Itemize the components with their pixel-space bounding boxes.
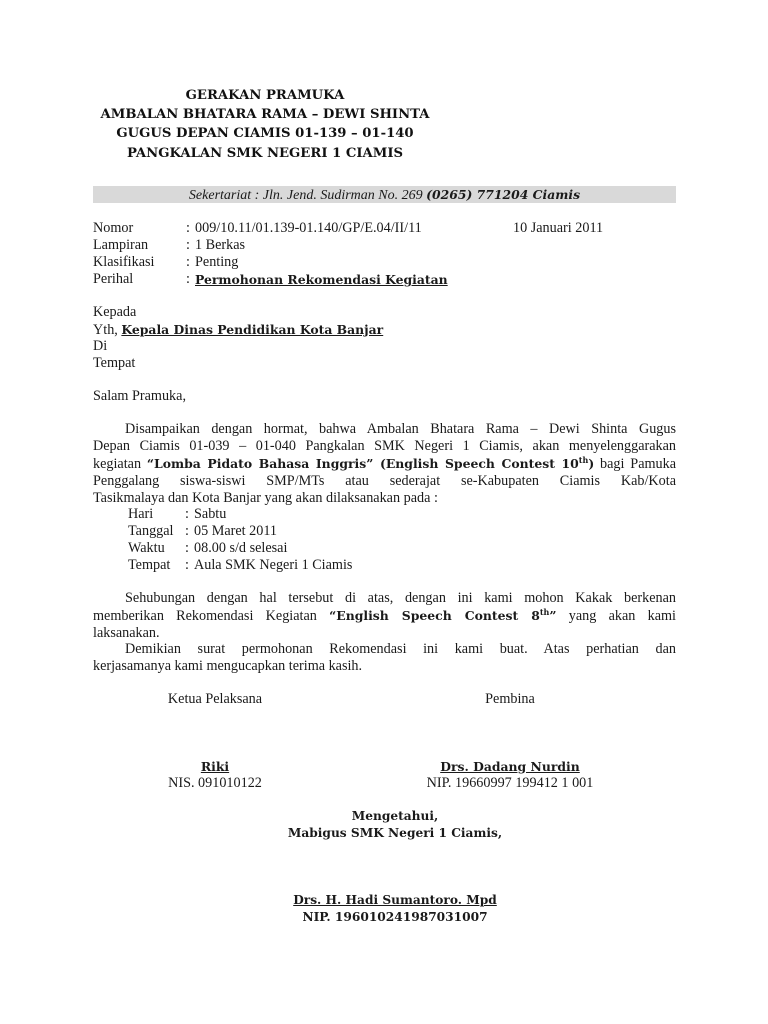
signature-id: NIP. 19660997 199412 1 001: [400, 775, 620, 792]
detail-label: Tempat: [128, 557, 170, 574]
approval-heading: Mengetahui, Mabigus SMK Negeri 1 Ciamis,: [250, 808, 540, 842]
p2-line-3: laksanakan.: [93, 625, 676, 642]
letterhead-line-2: AMBALAN BHATARA RAMA – DEWI SHINTA: [95, 105, 435, 124]
contest-title-text: “English Speech Contest 8: [329, 608, 540, 623]
contest-title-end: ”: [549, 608, 556, 623]
p2-line-1: Sehubungan dengan hal tersebut di atas, …: [125, 590, 676, 606]
letterhead-line-4: PANGKALAN SMK NEGERI 1 CIAMIS: [95, 144, 435, 163]
p3-line-1: Demikian surat permohonan Rekomendasi in…: [125, 641, 676, 657]
detail-label: Hari: [128, 506, 153, 523]
approval-org: Mabigus SMK Negeri 1 Ciamis,: [250, 825, 540, 842]
subject-value: Permohonan Rekomendasi Kegiatan: [195, 271, 448, 288]
recipient-kepada: Kepada: [93, 304, 136, 321]
recipient-yth: Yth, Kepala Dinas Pendidikan Kota Banjar: [93, 321, 383, 338]
yth-prefix: Yth,: [93, 322, 118, 338]
ordinal-sup: th: [579, 455, 589, 465]
approval-name: Drs. H. Hadi Sumantoro. Mpd: [250, 892, 540, 909]
body-paragraph-3: Demikian surat permohonan Rekomendasi in…: [93, 641, 676, 675]
detail-colon: :: [185, 523, 189, 540]
contest-title: “English Speech Contest 8th”: [329, 608, 556, 623]
letterhead: GERAKAN PRAMUKA AMBALAN BHATARA RAMA – D…: [95, 86, 435, 163]
p1-line-4: Penggalang siswa-siswi SMP/MTs atau sede…: [93, 473, 676, 490]
p1-line-3: kegiatan “Lomba Pidato Bahasa Inggris” (…: [93, 455, 676, 473]
signature-left: Ketua Pelaksana: [130, 691, 300, 708]
greeting: Salam Pramuka,: [93, 388, 186, 405]
meta-label: Lampiran: [93, 237, 183, 254]
meta-value: Penting: [195, 254, 238, 271]
detail-colon: :: [185, 506, 189, 523]
detail-value: 08.00 s/d selesai: [194, 540, 287, 557]
meta-colon: :: [186, 254, 190, 271]
event-title: “Lomba Pidato Bahasa Inggris” (English S…: [147, 456, 594, 471]
ordinal-sup: th: [540, 607, 550, 617]
detail-colon: :: [185, 540, 189, 557]
signature-name: Riki: [130, 758, 300, 775]
detail-label: Tanggal: [128, 523, 174, 540]
meta-value: 009/10.11/01.139-01.140/GP/E.04/II/11: [195, 220, 422, 237]
body-paragraph-1: Disampaikan dengan hormat, bahwa Ambalan…: [93, 421, 676, 507]
p1-line-2: Depan Ciamis 01-039 – 01-040 Pangkalan S…: [93, 438, 676, 455]
p1-line-1: Disampaikan dengan hormat, bahwa Ambalan…: [125, 421, 676, 437]
recipient-di: Di: [93, 338, 107, 355]
detail-value: Sabtu: [194, 506, 226, 523]
p1-line-3-a: kegiatan: [93, 456, 147, 472]
meta-label: Perihal: [93, 271, 183, 288]
approval-label: Mengetahui,: [250, 808, 540, 825]
body-paragraph-2: Sehubungan dengan hal tersebut di atas, …: [93, 590, 676, 642]
recipient-tempat: Tempat: [93, 355, 135, 372]
meta-value: 1 Berkas: [195, 237, 245, 254]
detail-colon: :: [185, 557, 189, 574]
signature-right: Pembina: [400, 691, 620, 708]
p2-line-2-a: memberikan Rekomendasi Kegiatan: [93, 608, 329, 624]
detail-value: 05 Maret 2011: [194, 523, 277, 540]
signature-name: Drs. Dadang Nurdin: [400, 758, 620, 775]
signature-right-name-block: Drs. Dadang Nurdin NIP. 19660997 199412 …: [400, 758, 620, 792]
detail-label: Waktu: [128, 540, 165, 557]
approval-id: NIP. 196010241987031007: [250, 909, 540, 926]
meta-label: Klasifikasi: [93, 254, 183, 271]
secretariat-address: Sekertariat : Jln. Jend. Sudirman No. 26…: [189, 188, 423, 203]
address-bar: Sekertariat : Jln. Jend. Sudirman No. 26…: [93, 186, 676, 203]
meta-colon: :: [186, 237, 190, 254]
meta-colon: :: [186, 271, 190, 288]
signature-id: NIS. 091010122: [130, 775, 300, 792]
p1-line-3-b: bagi Pamuka: [594, 456, 676, 472]
secretariat-phone: (0265) 771204 Ciamis: [426, 187, 580, 202]
letterhead-line-1: GERAKAN PRAMUKA: [95, 86, 435, 105]
approval-signature: Drs. H. Hadi Sumantoro. Mpd NIP. 1960102…: [250, 892, 540, 926]
meta-label: Nomor: [93, 220, 183, 237]
detail-value: Aula SMK Negeri 1 Ciamis: [194, 557, 352, 574]
signature-role: Ketua Pelaksana: [130, 691, 300, 708]
p3-line-2: kerjasamanya kami mengucapkan terima kas…: [93, 658, 676, 675]
letter-date: 10 Januari 2011: [513, 220, 603, 237]
signature-left-name-block: Riki NIS. 091010122: [130, 758, 300, 792]
signature-role: Pembina: [400, 691, 620, 708]
p2-line-2: memberikan Rekomendasi Kegiatan “English…: [93, 607, 676, 625]
recipient-name: Kepala Dinas Pendidikan Kota Banjar: [121, 322, 383, 337]
p1-line-5: Tasikmalaya dan Kota Banjar yang akan di…: [93, 490, 676, 507]
p2-line-2-b: yang akan kami: [557, 608, 677, 624]
event-title-text: “Lomba Pidato Bahasa Inggris” (English S…: [147, 456, 579, 471]
letterhead-line-3: GUGUS DEPAN CIAMIS 01-139 – 01-140: [95, 124, 435, 143]
meta-colon: :: [186, 220, 190, 237]
